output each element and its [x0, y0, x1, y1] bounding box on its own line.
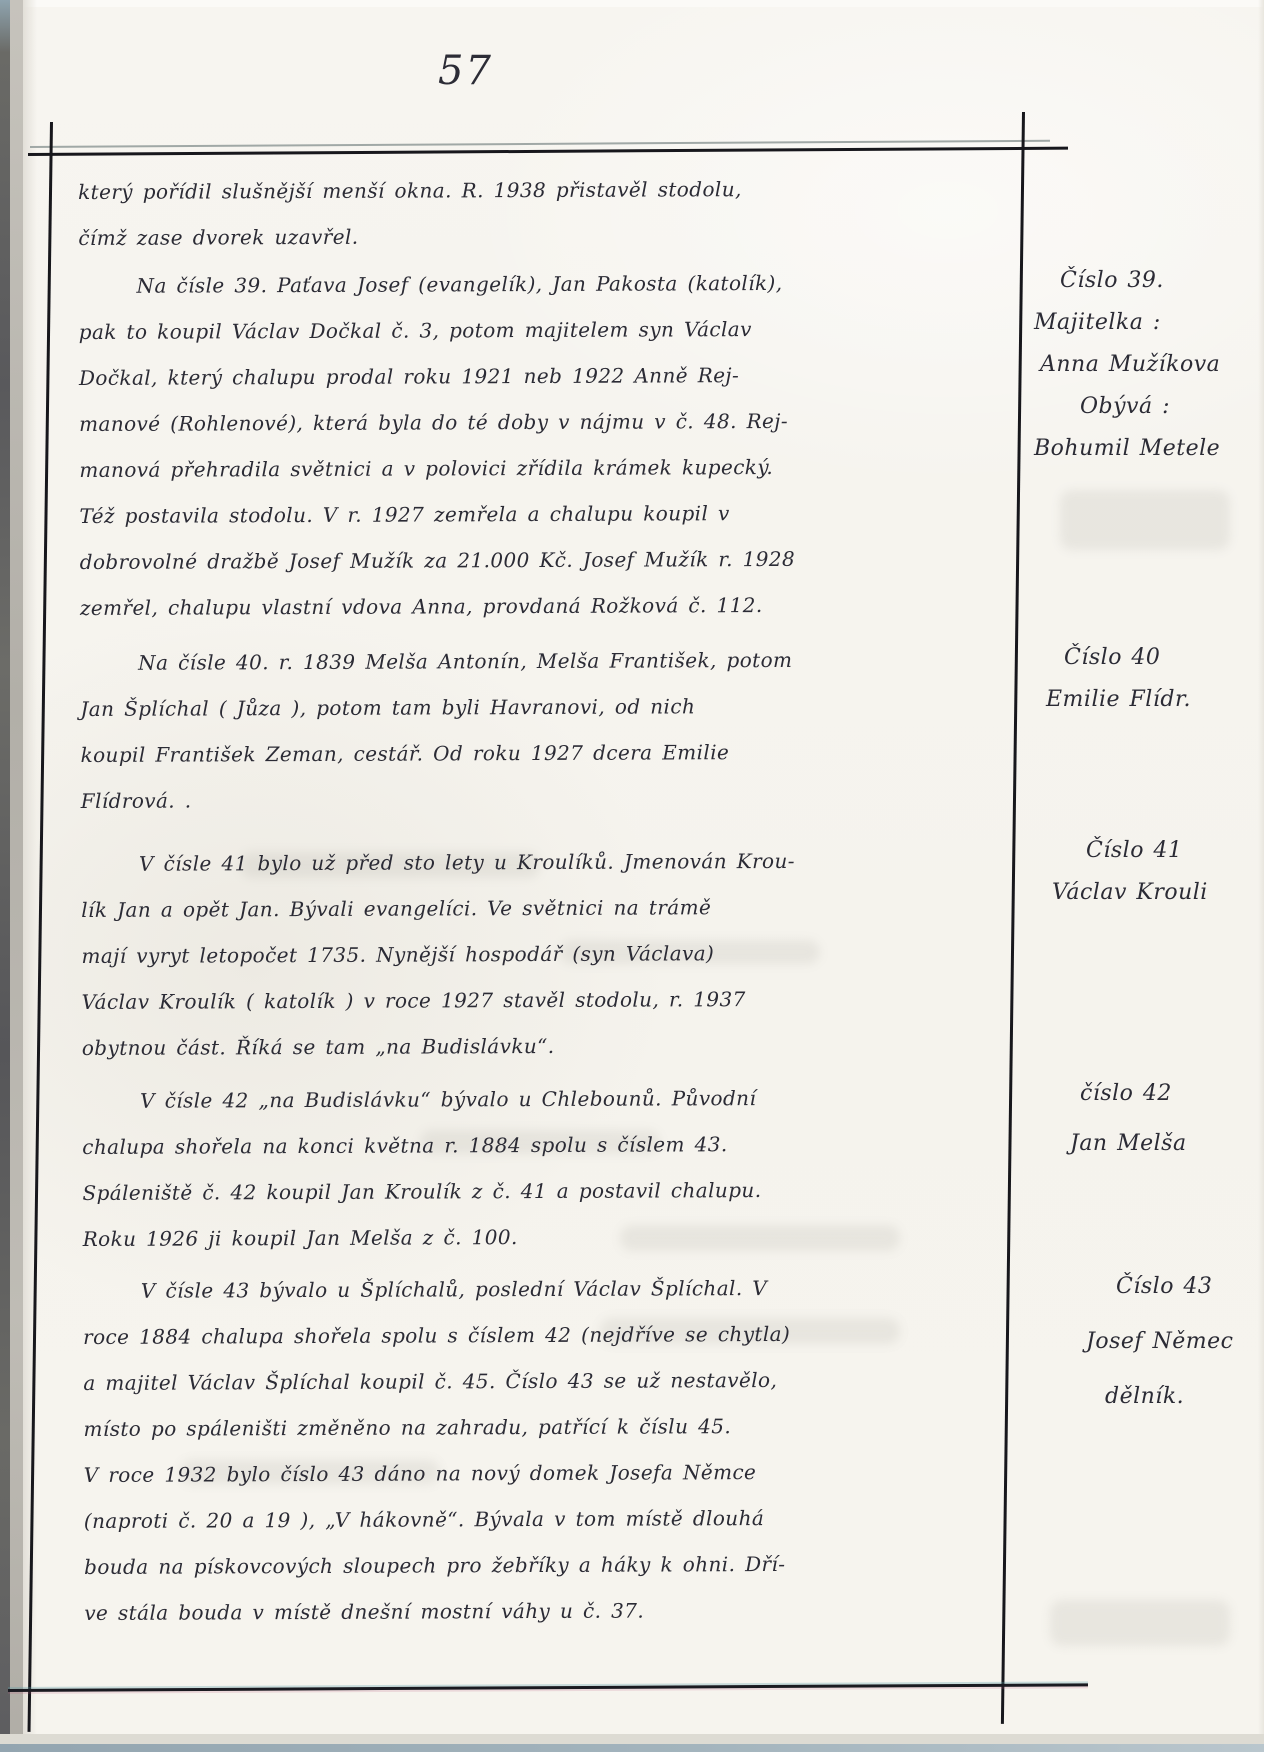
- margin-note-line: Číslo 41: [1032, 830, 1264, 872]
- margin-note-line: Číslo 43: [1032, 1259, 1264, 1314]
- margin-note-line: Jan Melša: [1032, 1119, 1264, 1169]
- handwritten-line: V čísle 43 bývalo u Šplíchalů, poslední …: [83, 1264, 953, 1314]
- handwritten-line: Na čísle 39. Paťava Josef (evangelík), J…: [78, 259, 948, 309]
- handwritten-line: bouda na pískovcových sloupech pro žebří…: [84, 1540, 954, 1590]
- margin-note-cislo-43: Číslo 43 Josef Němec dělník.: [1032, 1259, 1264, 1424]
- handwritten-line: Dočkal, který chalupu prodal roku 1921 n…: [79, 351, 949, 401]
- handwritten-line: Na čísle 40. r. 1839 Melša Antonín, Melš…: [80, 636, 950, 686]
- paragraph-cislo-40: Na čísle 40. r. 1839 Melša Antonín, Melš…: [80, 636, 951, 824]
- handwritten-line: obytnou část. Říká se tam „na Budislávku…: [82, 1021, 952, 1071]
- margin-note-line: Emilie Flídr.: [1032, 679, 1264, 721]
- margin-note-line: Číslo 39.: [1032, 260, 1264, 302]
- scan-edge-top: [0, 0, 1264, 7]
- handwritten-line: dobrovolné dražbě Josef Mužík za 21.000 …: [80, 535, 950, 585]
- paragraph-cislo-41: V čísle 41 bylo už před sto lety u Kroul…: [81, 837, 952, 1071]
- margin-note-line: Bohumil Metele: [1032, 428, 1264, 470]
- handwritten-line: místo po spáleništi změněno na zahradu, …: [83, 1402, 953, 1452]
- margin-note-line: Obývá :: [1032, 386, 1264, 428]
- handwritten-body: který pořídil slušnější menší okna. R. 1…: [78, 165, 954, 1636]
- handwritten-line: V čísle 42 „na Budislávku“ bývalo u Chle…: [82, 1074, 952, 1124]
- scan-edge-bottom-light: [0, 1734, 1264, 1744]
- margin-note-line: číslo 42: [1032, 1069, 1264, 1119]
- handwritten-line: čímž zase dvorek uzavřel.: [78, 211, 948, 261]
- margin-note-line: dělník.: [1032, 1369, 1264, 1424]
- bleed-through-smudge: [1050, 1600, 1230, 1646]
- handwritten-line: manová přehradila světnici a v polovici …: [79, 443, 949, 493]
- paragraph-cislo-43: V čísle 43 bývalo u Šplíchalů, poslední …: [83, 1264, 955, 1636]
- handwritten-line: Václav Kroulík ( katolík ) v roce 1927 s…: [82, 975, 952, 1025]
- handwritten-line: Též postavila stodolu. V r. 1927 zemřela…: [79, 489, 949, 539]
- margin-note-cislo-42: číslo 42 Jan Melša: [1032, 1069, 1264, 1169]
- handwritten-line: roce 1884 chalupa shořela spolu s číslem…: [83, 1310, 953, 1360]
- paragraph-cislo-39: Na čísle 39. Paťava Josef (evangelík), J…: [78, 259, 950, 631]
- top-rule: [28, 147, 1068, 156]
- handwritten-line: ve stála bouda v místě dnešní mostní váh…: [84, 1586, 954, 1636]
- bottom-rule: [8, 1683, 1088, 1692]
- handwritten-line: chalupa shořela na konci května r. 1884 …: [82, 1120, 952, 1170]
- paragraph-continuation: který pořídil slušnější menší okna. R. 1…: [78, 165, 948, 261]
- scan-edge-left-dark: [0, 0, 10, 1752]
- handwritten-line: lík Jan a opět Jan. Bývali evangelíci. V…: [81, 883, 951, 933]
- bleed-through-smudge: [1060, 490, 1230, 550]
- handwritten-line: Flídrová. .: [81, 774, 951, 824]
- margin-note-cislo-40: Číslo 40 Emilie Flídr.: [1032, 637, 1264, 721]
- handwritten-line: Spáleniště č. 42 koupil Jan Kroulík z č.…: [82, 1166, 952, 1216]
- margin-note-cislo-39: Číslo 39. Majitelka : Anna Mužíkova Obýv…: [1032, 260, 1264, 470]
- scan-edge-bottom: [0, 1744, 1264, 1752]
- handwritten-line: V roce 1932 bylo číslo 43 dáno na nový d…: [84, 1448, 954, 1498]
- handwritten-line: manové (Rohlenové), která byla do té dob…: [79, 397, 949, 447]
- margin-note-line: Josef Němec: [1032, 1314, 1264, 1369]
- scanned-chronicle-page: 57 který pořídil slušnější menší okna. R…: [0, 0, 1264, 1752]
- handwritten-line: (naproti č. 20 a 19 ), „V hákovně“. Býva…: [84, 1494, 954, 1544]
- handwritten-line: V čísle 41 bylo už před sto lety u Kroul…: [81, 837, 951, 887]
- margin-note-line: Číslo 40: [1032, 637, 1264, 679]
- margin-note-cislo-41: Číslo 41 Václav Krouli: [1032, 830, 1264, 914]
- handwritten-line: koupil František Zeman, cestář. Od roku …: [80, 728, 950, 778]
- handwritten-line: mají vyryt letopočet 1735. Nynější hospo…: [81, 929, 951, 979]
- handwritten-line: zemřel, chalupu vlastní vdova Anna, prov…: [80, 581, 950, 631]
- handwritten-line: pak to koupil Václav Dočkal č. 3, potom …: [79, 305, 949, 355]
- margin-note-line: Majitelka :: [1032, 302, 1264, 344]
- paragraph-cislo-42: V čísle 42 „na Budislávku“ bývalo u Chle…: [82, 1074, 953, 1262]
- margin-note-line: Václav Krouli: [1032, 872, 1264, 914]
- margin-note-line: Anna Mužíkova: [1032, 344, 1264, 386]
- right-margin-rule: [1001, 112, 1025, 1724]
- page-number: 57: [438, 48, 493, 94]
- scan-edge-left-mid: [10, 0, 23, 1752]
- handwritten-line: a majitel Václav Šplíchal koupil č. 45. …: [83, 1356, 953, 1406]
- handwritten-line: který pořídil slušnější menší okna. R. 1…: [78, 165, 948, 215]
- handwritten-line: Jan Šplíchal ( Jůza ), potom tam byli Ha…: [80, 682, 950, 732]
- handwritten-line: Roku 1926 ji koupil Jan Melša z č. 100.: [83, 1212, 953, 1262]
